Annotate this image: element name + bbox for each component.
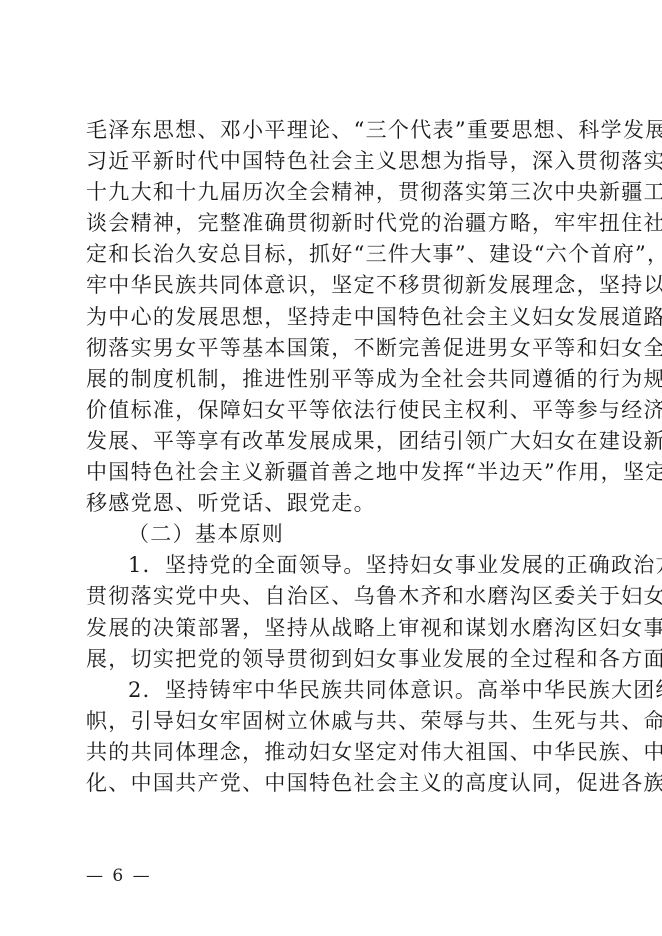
section-heading: （二）基本原则: [86, 519, 578, 550]
text-line: 谈会精神，完整准确贯彻新时代党的治疆方略，牢牢扭住社会稳: [86, 208, 578, 239]
text-line: 价值标准，保障妇女平等依法行使民主权利、平等参与经济社会: [86, 395, 578, 426]
text-line: 习近平新时代中国特色社会主义思想为指导，深入贯彻落实党的: [86, 146, 578, 177]
text-line: 为中心的发展思想，坚持走中国特色社会主义妇女发展道路，贯: [86, 302, 578, 333]
text-line: 中国特色社会主义新疆首善之地中发挥“半边天”作用，坚定不: [86, 457, 578, 488]
text-line: 化、中国共产党、中国特色社会主义的高度认同，促进各族妇女: [86, 768, 578, 799]
text-line: 彻落实男女平等基本国策，不断完善促进男女平等和妇女全面发: [86, 333, 578, 364]
paragraph-guiding-ideology: 毛泽东思想、邓小平理论、“三个代表”重要思想、科学发展观、 习近平新时代中国特色…: [86, 115, 578, 519]
text-line: 共的共同体理念，推动妇女坚定对伟大祖国、中华民族、中华文: [86, 737, 578, 768]
document-page: 毛泽东思想、邓小平理论、“三个代表”重要思想、科学发展观、 习近平新时代中国特色…: [0, 0, 662, 936]
text-line: 贯彻落实党中央、自治区、乌鲁木齐和水磨沟区委关于妇女事业: [86, 581, 578, 612]
text-line: 十九大和十九届历次全会精神，贯彻落实第三次中央新疆工作座: [86, 177, 578, 208]
text-line: 移感党恩、听党话、跟党走。: [86, 488, 578, 519]
text-line: 展的制度机制，推进性别平等成为全社会共同遵循的行为规范和: [86, 364, 578, 395]
text-line: 1．坚持党的全面领导。坚持妇女事业发展的正确政治方向，: [86, 550, 578, 581]
text-line: 帜，引导妇女牢固树立休戚与共、荣辱与共、生死与共、命运与: [86, 706, 578, 737]
principle-national-community: 2．坚持铸牢中华民族共同体意识。高举中华民族大团结旗 帜，引导妇女牢固树立休戚与…: [86, 675, 578, 799]
text-line: 展，切实把党的领导贯彻到妇女事业发展的全过程和各方面。: [86, 644, 578, 675]
body-text: 毛泽东思想、邓小平理论、“三个代表”重要思想、科学发展观、 习近平新时代中国特色…: [86, 115, 578, 799]
page-number: — 6 —: [86, 866, 152, 886]
text-line: 发展、平等享有改革发展成果，团结引领广大妇女在建设新时代: [86, 426, 578, 457]
text-line: 2．坚持铸牢中华民族共同体意识。高举中华民族大团结旗: [86, 675, 578, 706]
text-line: 毛泽东思想、邓小平理论、“三个代表”重要思想、科学发展观、: [86, 115, 578, 146]
text-line: 牢中华民族共同体意识，坚定不移贯彻新发展理念，坚持以人民: [86, 270, 578, 301]
principle-party-leadership: 1．坚持党的全面领导。坚持妇女事业发展的正确政治方向， 贯彻落实党中央、自治区、…: [86, 550, 578, 674]
text-line: 定和长治久安总目标，抓好“三件大事”、建设“六个首府”，铸: [86, 239, 578, 270]
text-line: 发展的决策部署，坚持从战略上审视和谋划水磨沟区妇女事业发: [86, 613, 578, 644]
